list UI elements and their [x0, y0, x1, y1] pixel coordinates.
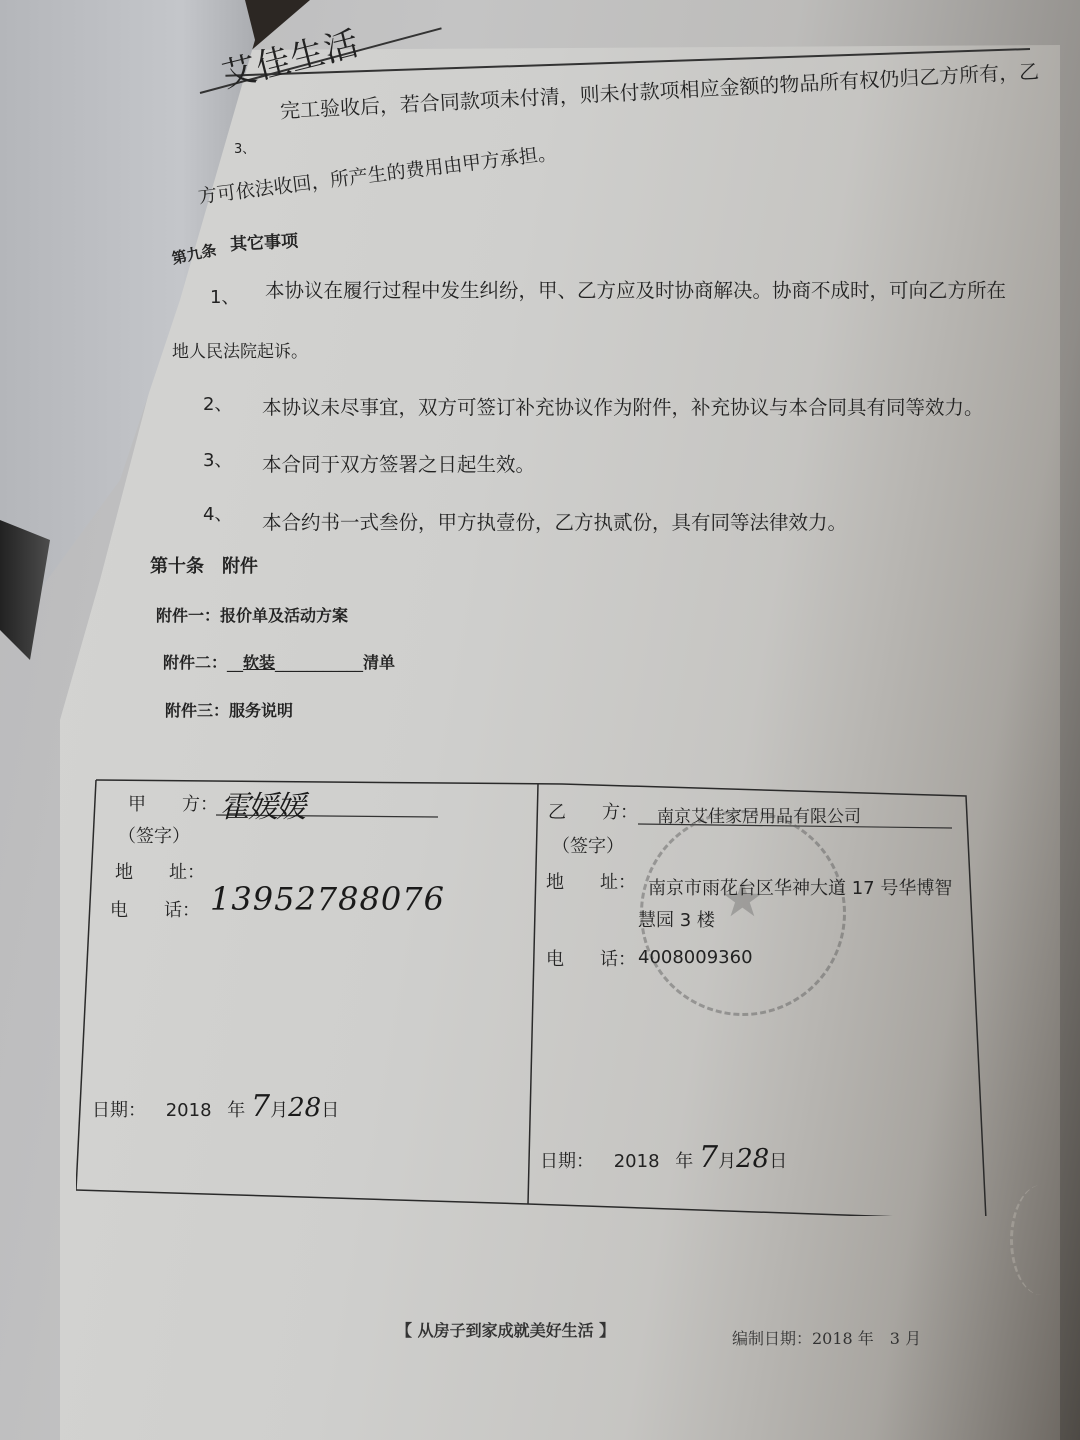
attachment-2: 附件二：__软装___________清单	[163, 650, 395, 673]
party-a-date-year: 2018	[166, 1100, 212, 1121]
party-b-address-line1: 南京市雨花台区华神大道 17 号华博智	[648, 874, 952, 900]
party-b-date: 日期： 2018 年 7月28日	[540, 1140, 787, 1175]
clause9-item3-number: 3、	[203, 446, 232, 472]
clause9-title: 其它事项	[229, 226, 298, 255]
footer-slogan: 【 从房子到家成就美好生活 】	[396, 1318, 615, 1341]
party-a-date-month-unit: 月	[270, 1100, 288, 1121]
party-b-name-value: 南京艾佳家居用品有限公司	[657, 802, 861, 827]
attachment-1: 附件一：报价单及活动方案	[156, 603, 348, 626]
clause9-item2-number: 2、	[203, 390, 232, 416]
attachment-2-label: 附件二：	[163, 653, 227, 672]
party-a-phone-label: 电 话：	[110, 896, 200, 922]
party-a-sign-label: （签字）	[118, 822, 190, 848]
party-b-phone-value: 4008009360	[638, 947, 753, 968]
attachment-2-fill-prefix: __	[227, 653, 243, 672]
party-a-date-day-unit: 日	[321, 1100, 339, 1121]
party-a-date-month: 7	[251, 1089, 270, 1124]
party-b-date-day: 28	[736, 1144, 769, 1174]
party-b-date-label: 日期：	[540, 1151, 594, 1172]
party-b-name-label: 乙 方：	[548, 798, 638, 824]
party-a-phone-value: 13952788076	[210, 880, 445, 918]
party-a-signature: 霍媛媛	[220, 782, 304, 826]
party-a-name-label: 甲 方：	[128, 790, 218, 816]
clause9-item1-line2: 地人民法院起诉。	[172, 337, 308, 362]
signature-table	[76, 776, 988, 1216]
attachment-2-fill-value: 软装	[243, 653, 275, 672]
clause9-item4-number: 4、	[203, 500, 232, 526]
party-b-phone-label: 电 话：	[546, 945, 636, 971]
party-a-date-day: 28	[288, 1093, 321, 1123]
party-b-date-year-unit: 年	[675, 1151, 693, 1172]
footer-compiled-date: 编制日期：2018 年 3 月	[732, 1326, 921, 1349]
signature-table-lines	[76, 776, 988, 1216]
party-b-date-year: 2018	[614, 1151, 660, 1172]
party-b-date-day-unit: 日	[769, 1151, 787, 1172]
clause9-item1-line1: 本协议在履行过程中发生纠纷，甲、乙方应及时协商解决。协商不成时，可向乙方所在	[265, 275, 1006, 303]
contract-page	[60, 20, 1060, 1440]
party-b-date-month: 7	[699, 1140, 718, 1175]
party-a-date: 日期： 2018 年 7月28日	[92, 1089, 339, 1124]
party-a-date-year-unit: 年	[227, 1100, 245, 1121]
party-a-address-label: 地 址：	[115, 858, 205, 884]
clause9-item3-line1: 本合同于双方签署之日起生效。	[262, 449, 535, 477]
attachment-2-tail: 清单	[363, 653, 395, 672]
party-b-address-label: 地 址：	[546, 868, 636, 894]
party-a-date-label: 日期：	[92, 1100, 146, 1121]
party-b-sign-label: （签字）	[552, 832, 624, 858]
party-b-date-month-unit: 月	[718, 1151, 736, 1172]
attachment-3: 附件三：服务说明	[165, 698, 293, 721]
clause9-item4-line1: 本合约书一式叁份，甲方执壹份，乙方执贰份，具有同等法律效力。	[262, 507, 847, 535]
clause9-item1-number: 1、	[210, 283, 239, 309]
clause8-item3-number: 3、	[234, 138, 255, 157]
party-b-address-line2: 慧园 3 楼	[638, 906, 715, 932]
clause10-title: 第十条 附件	[150, 552, 258, 578]
clause9-item2-line1: 本协议未尽事宜，双方可签订补充协议作为附件，补充协议与本合同具有同等效力。	[262, 392, 984, 420]
attachment-2-fill-suffix: ___________	[275, 653, 363, 672]
